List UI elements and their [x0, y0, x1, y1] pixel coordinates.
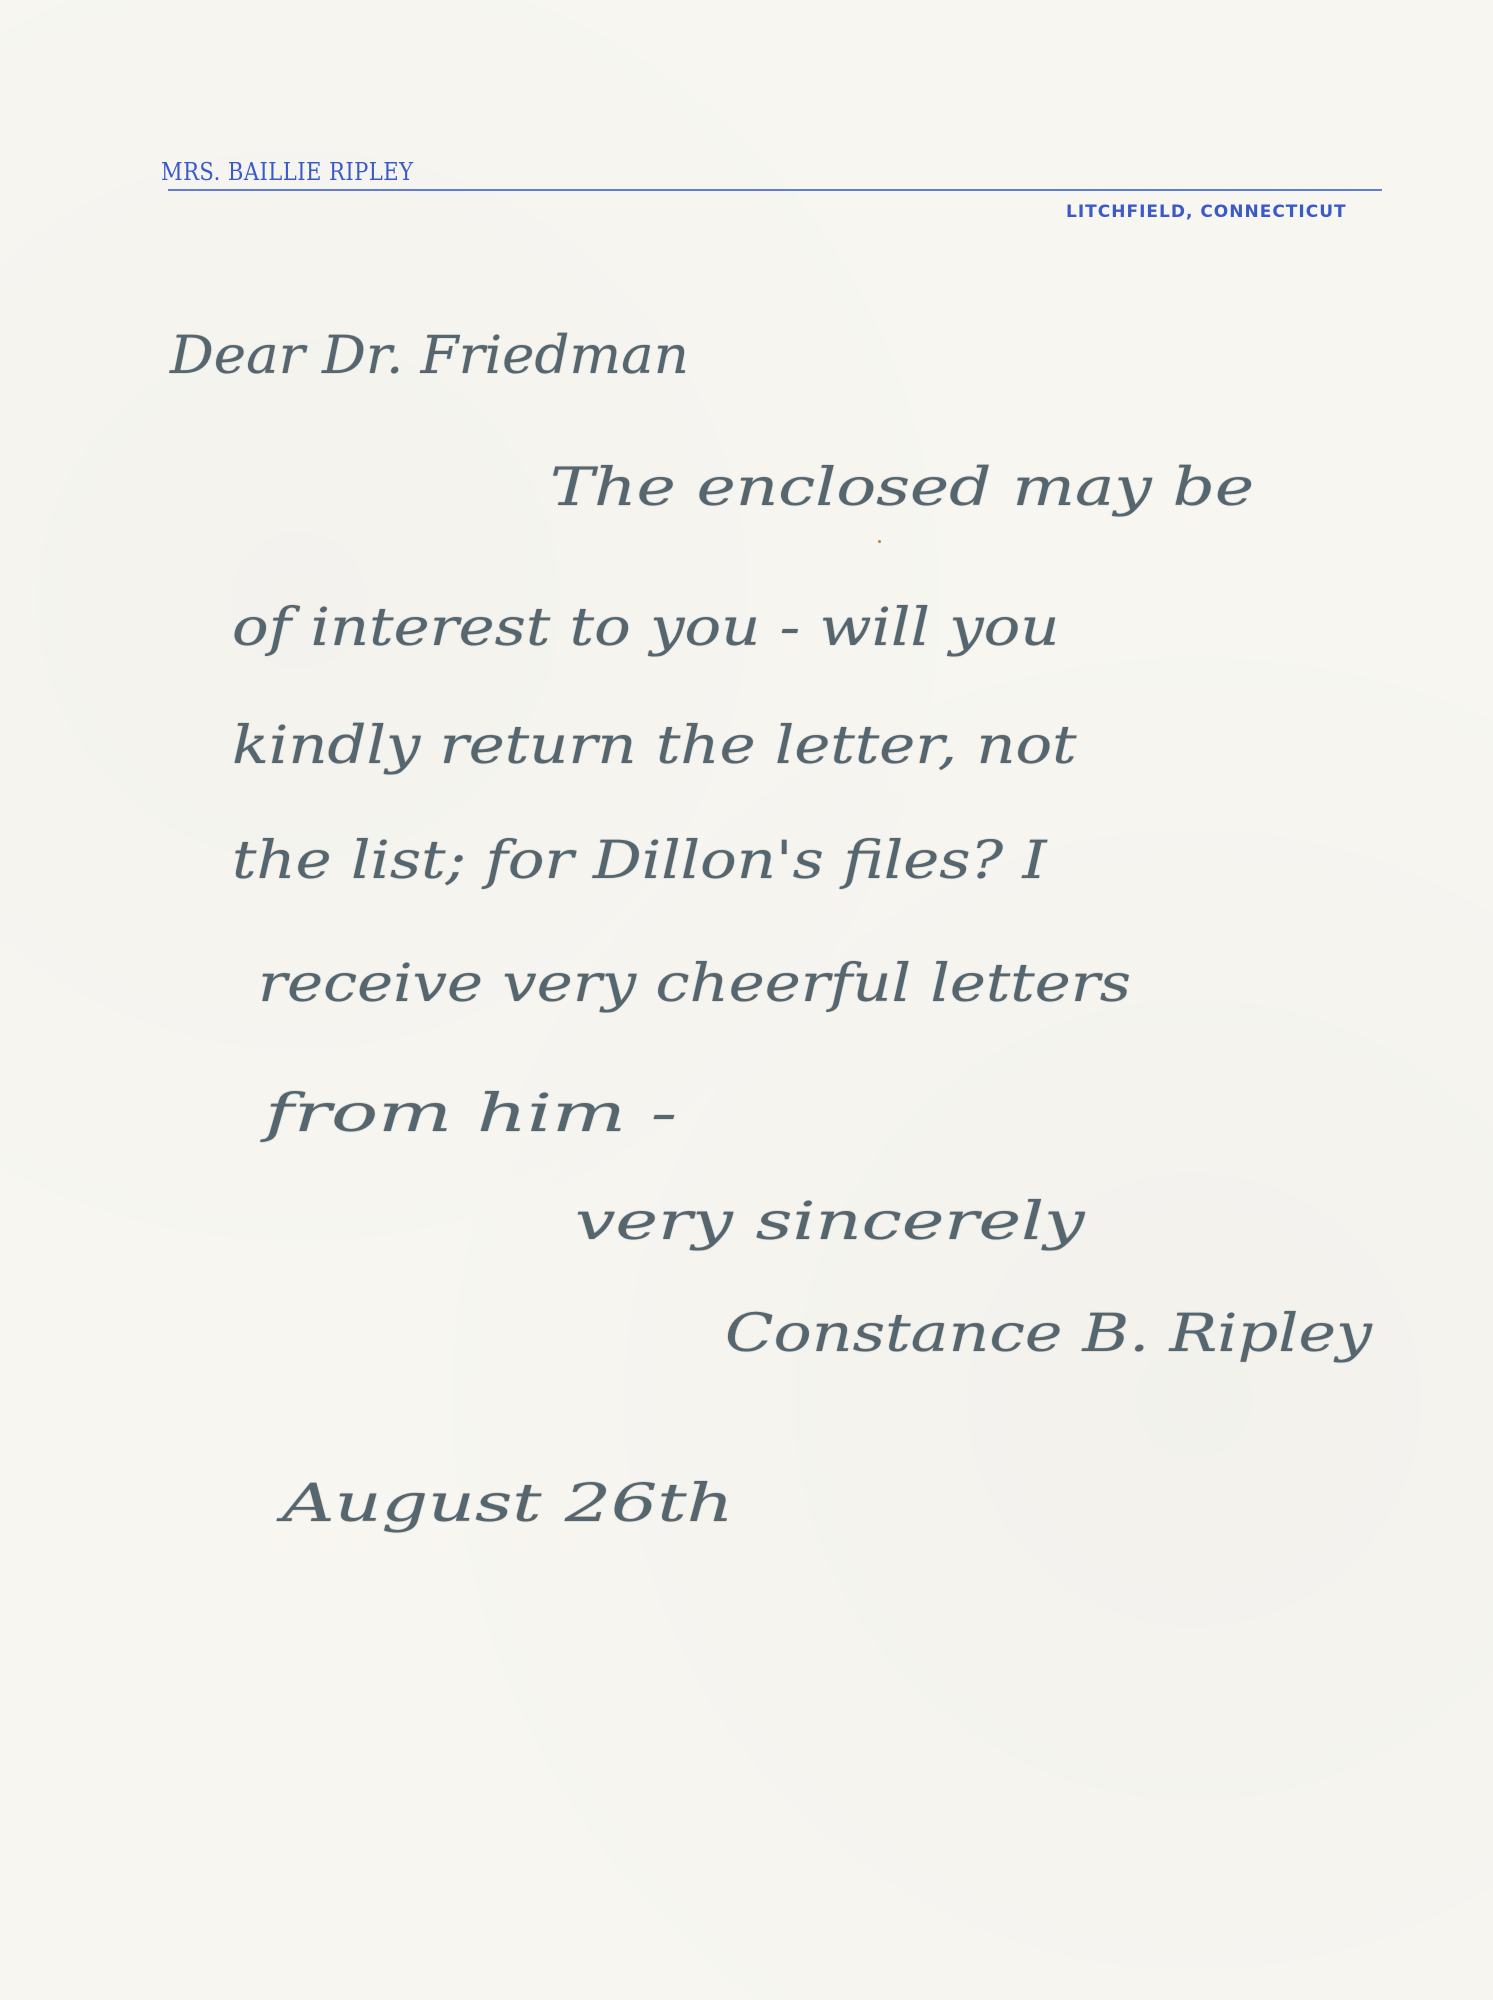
closing: very sincerely	[575, 1196, 1085, 1248]
signature: Constance B. Ripley	[725, 1308, 1372, 1360]
body-line-3: kindly return the letter, not	[232, 720, 1077, 772]
letterhead-rule	[168, 189, 1382, 191]
salutation: Dear Dr. Friedman	[170, 330, 689, 382]
body-line-5: receive very cheerful letters	[258, 958, 1131, 1010]
body-line-1: The enclosed may be	[550, 462, 1254, 514]
letterhead-name: MRS. BAILLIE RIPLEY	[161, 158, 414, 186]
paper-speck	[878, 540, 881, 543]
letterhead-location: LITCHFIELD, CONNECTICUT	[1066, 202, 1347, 222]
body-line-2: of interest to you - will you	[232, 602, 1060, 654]
date: August 26th	[282, 1478, 734, 1530]
body-line-6: from him -	[265, 1088, 677, 1140]
body-line-4: the list; for Dillon's files? I	[232, 835, 1046, 887]
